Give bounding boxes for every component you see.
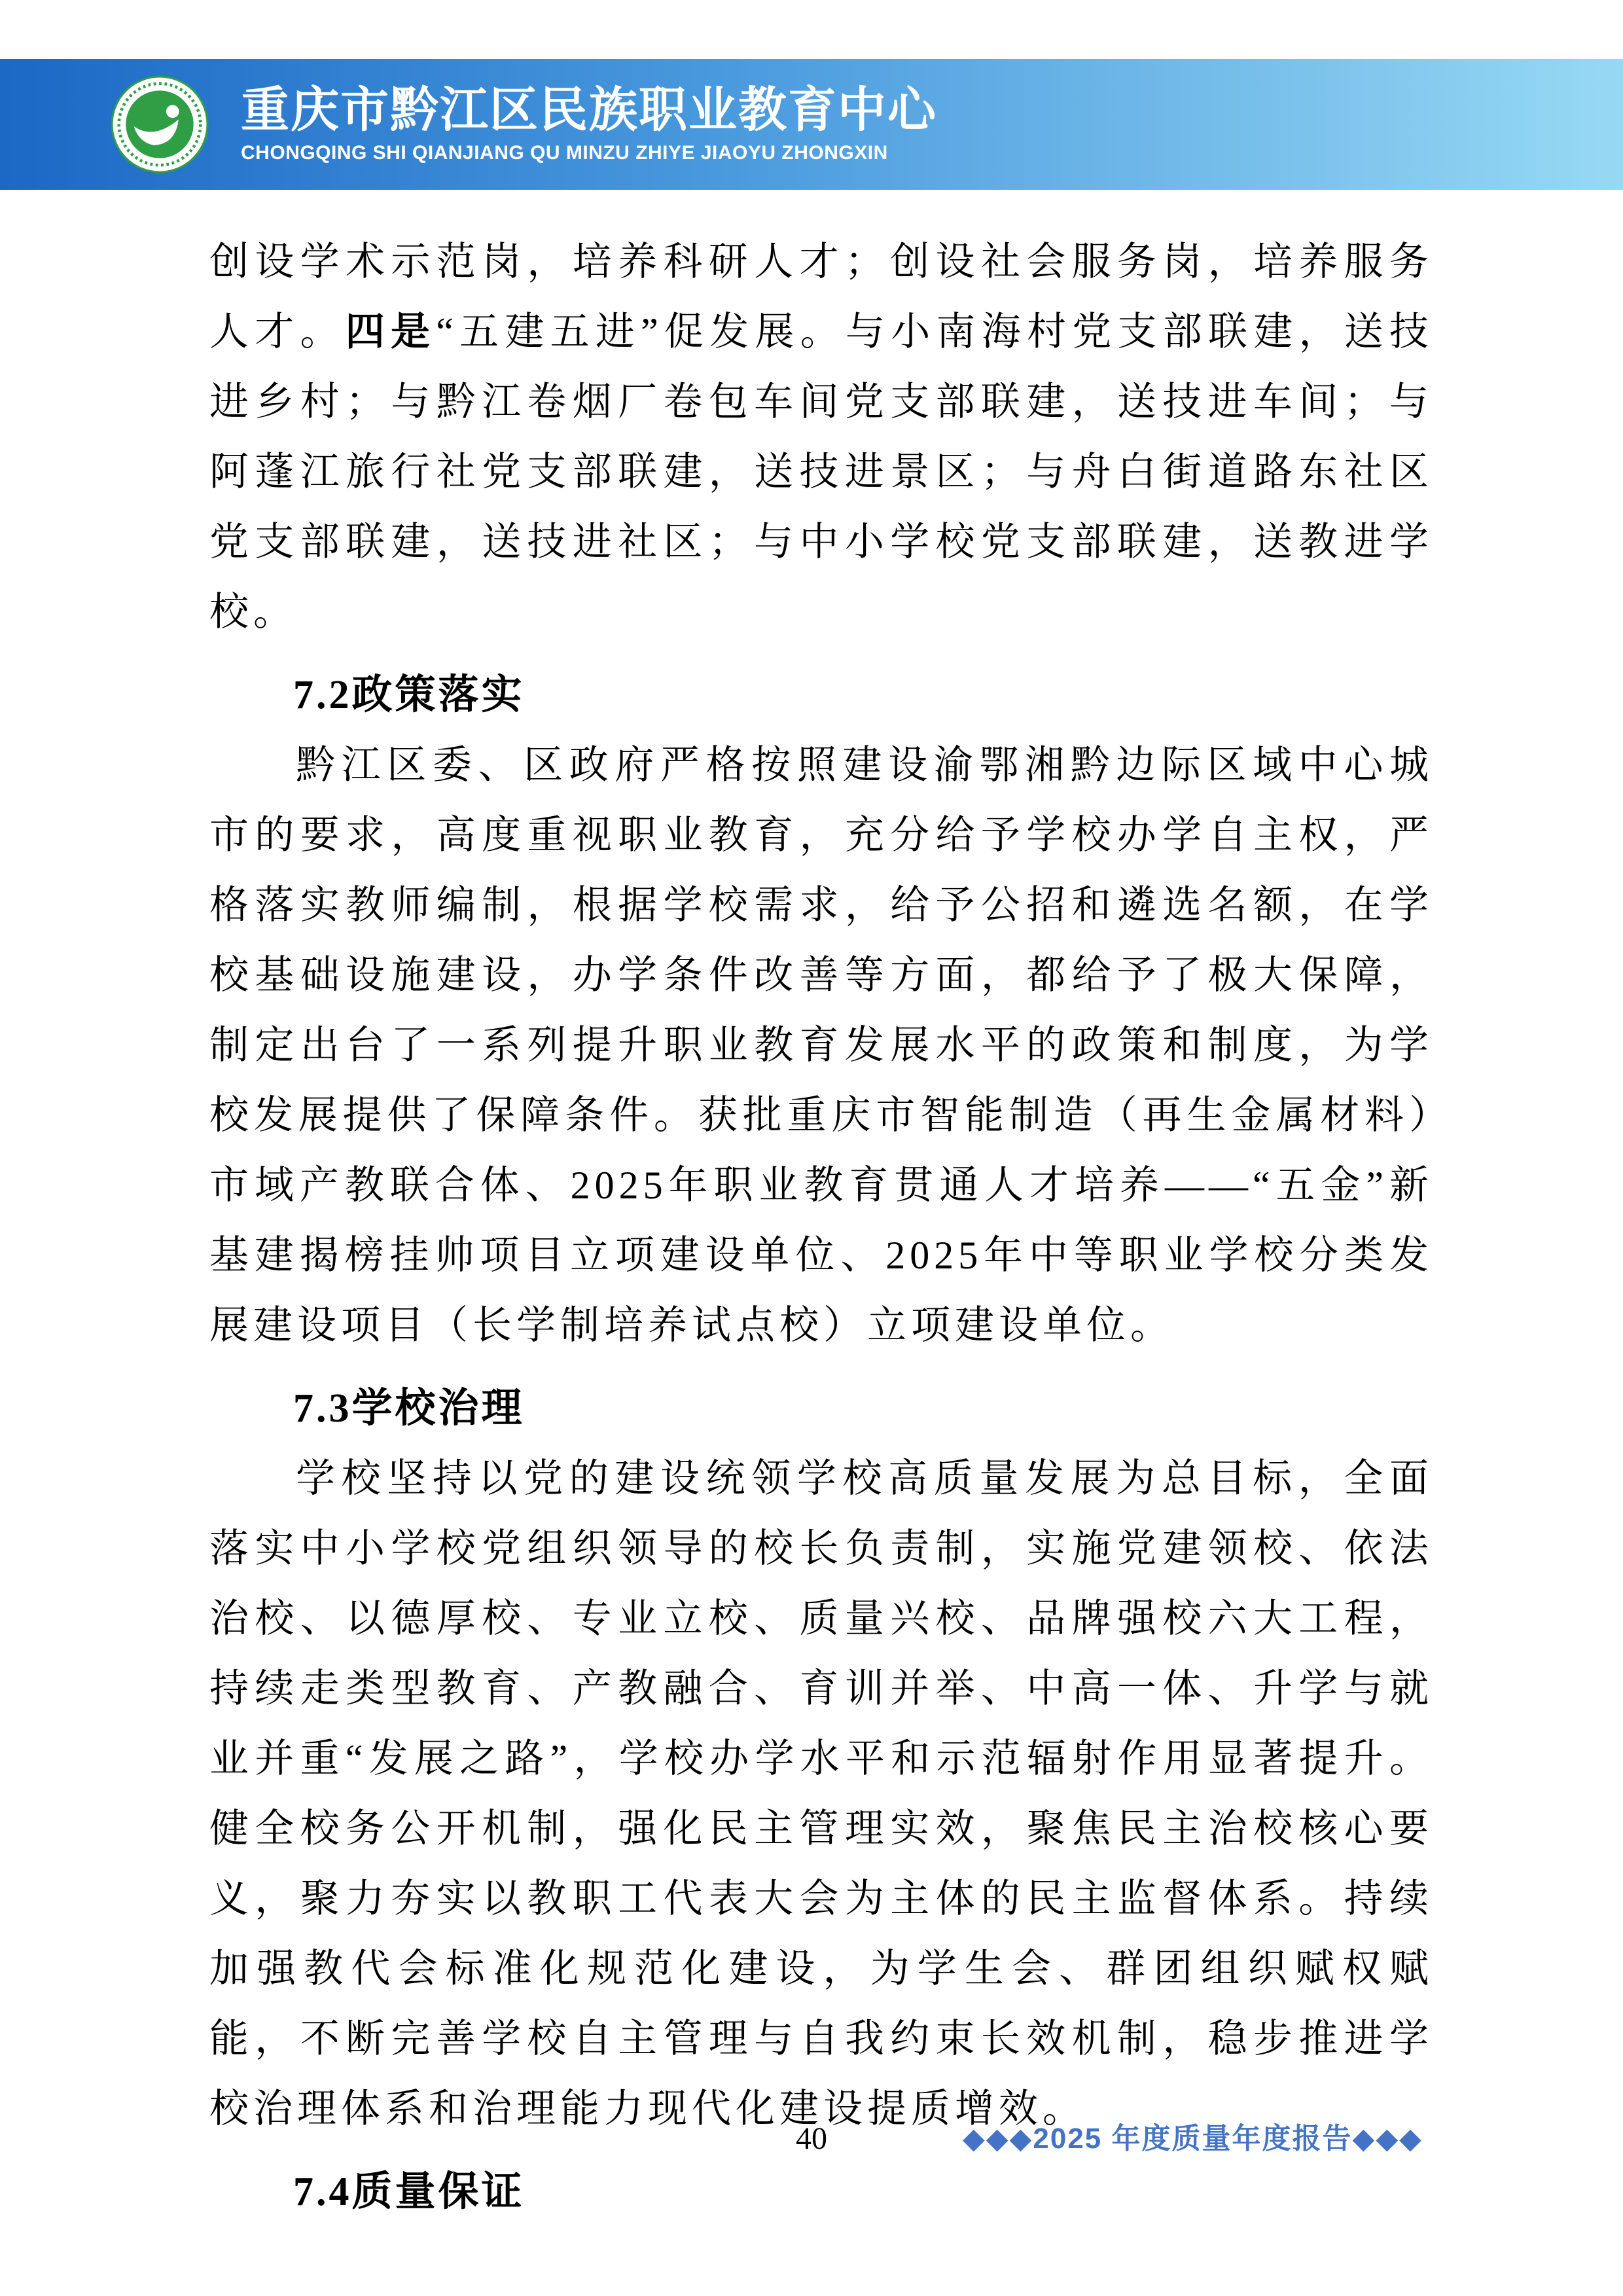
paragraph-governance: 学校坚持以党的建设统领学校高质量发展为总目标，全面落实中小学校党组织领导的校长负… bbox=[209, 1444, 1433, 2144]
header-banner: 重庆市黔江区民族职业教育中心 CHONGQING SHI QIANJIANG Q… bbox=[0, 59, 1623, 190]
document-content: 创设学术示范岗，培养科研人才；创设社会服务岗，培养服务人才。四是“五建五进”促发… bbox=[0, 190, 1623, 2227]
paragraph-party-building: 创设学术示范岗，培养科研人才；创设社会服务岗，培养服务人才。四是“五建五进”促发… bbox=[209, 227, 1433, 647]
paragraph-text-run: “五建五进”促发展。与小南海村党支部联建，送技进乡村；与黔江卷烟厂卷包车间党支部… bbox=[209, 310, 1433, 634]
section-heading-governance: 7.3学校治理 bbox=[209, 1374, 1433, 1444]
section-heading-policy: 7.2政策落实 bbox=[209, 660, 1433, 730]
footer-report-label: ◆◆◆2025 年度质量年度报告◆◆◆ bbox=[963, 2121, 1423, 2157]
school-title: 重庆市黔江区民族职业教育中心 bbox=[241, 84, 937, 136]
paragraph-policy: 黔江区委、区政府严格按照建设渝鄂湘黔边际区域中心城市的要求，高度重视职业教育，充… bbox=[209, 730, 1433, 1361]
school-subtitle: CHONGQING SHI QIANJIANG QU MINZU ZHIYE J… bbox=[241, 141, 937, 165]
header-text-block: 重庆市黔江区民族职业教育中心 CHONGQING SHI QIANJIANG Q… bbox=[241, 84, 937, 165]
school-emblem-icon bbox=[110, 75, 209, 174]
paragraph-bold-run: 四是 bbox=[346, 310, 437, 353]
section-heading-quality: 7.4质量保证 bbox=[209, 2157, 1433, 2227]
report-page: { "theme": { "header_grad_left": "#1b68c… bbox=[0, 0, 1623, 2296]
page-footer: 40 ◆◆◆2025 年度质量年度报告◆◆◆ bbox=[0, 2119, 1623, 2165]
